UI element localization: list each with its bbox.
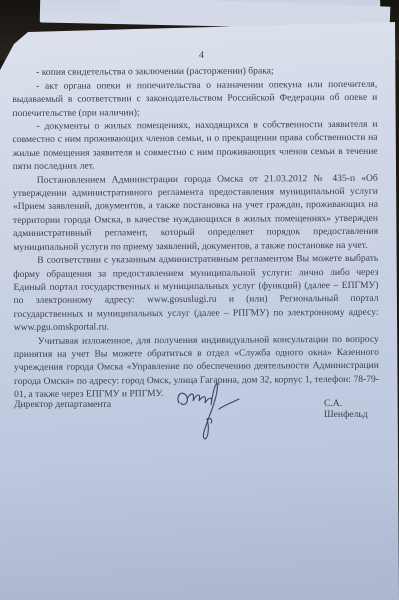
signature-block: Директор департамента С.А. Шенфельд bbox=[14, 393, 384, 453]
handwritten-signature-icon bbox=[169, 381, 249, 451]
paragraph-housing-documents: - документы о жилых помещениях, находящи… bbox=[12, 118, 377, 174]
paragraph-application-form: В соответствии с указанным административ… bbox=[13, 252, 378, 335]
paragraph-resolution: Постановлением Администрации города Омск… bbox=[13, 171, 378, 254]
paragraph-guardianship-act: - акт органа опеки и попечительства о на… bbox=[12, 78, 377, 120]
blank-page-area bbox=[0, 460, 399, 600]
page-number: 4 bbox=[26, 48, 377, 64]
document-body: 4 - копия свидетельства о заключении (ра… bbox=[12, 48, 379, 402]
signatory-name: С.А. Шенфельд bbox=[324, 398, 384, 420]
signatory-title: Директор департамента bbox=[14, 399, 111, 410]
document-page: 4 - копия свидетельства о заключении (ра… bbox=[0, 0, 399, 600]
